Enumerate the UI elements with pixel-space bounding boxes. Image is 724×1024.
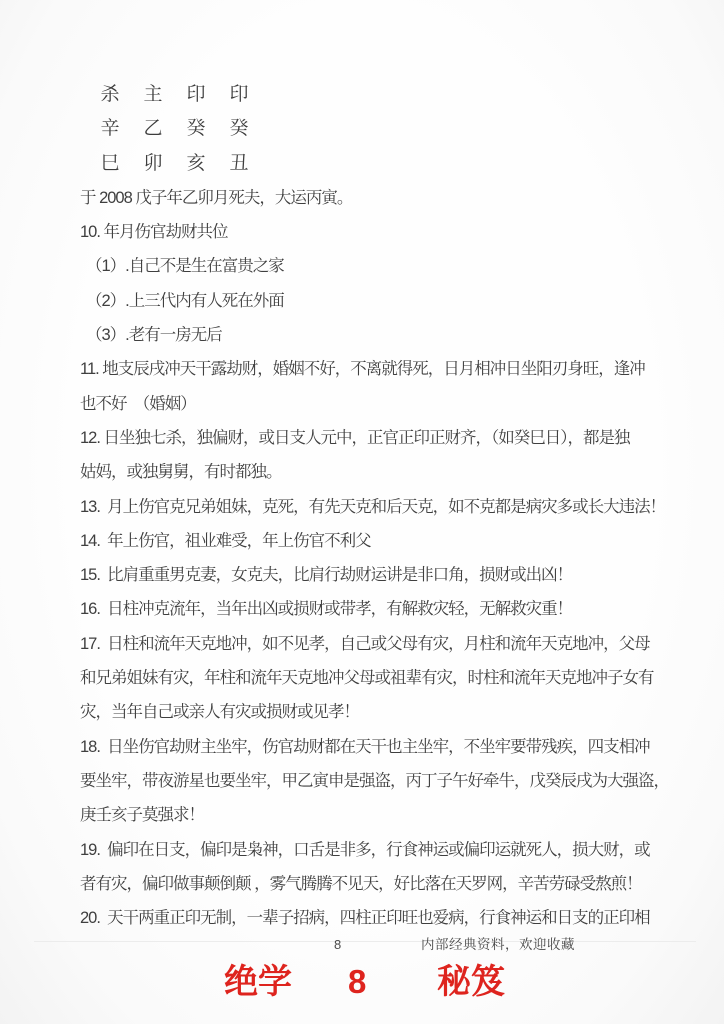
- text-line: 11. 地支辰戌冲天干露劫财，婚姻不好，不离就得死，日月相冲日坐阳刃身旺，逢冲: [80, 352, 686, 386]
- text-line: 要坐牢，带夜游星也要坐牢，甲乙寅申是强盗，丙丁子午好牵牛，戊癸辰戌为大强盗，: [80, 764, 686, 798]
- text-line: 10. 年月伤官劫财共位: [80, 215, 686, 249]
- pillar-cell: 乙: [143, 112, 163, 146]
- text-line: 14. 年上伤官，祖业难受，年上伤官不利父: [80, 524, 686, 558]
- text-line: （1）.自己不是生在富贵之家: [80, 249, 686, 283]
- text-line: 灾，当年自己或亲人有灾或损财或见孝！: [80, 695, 686, 729]
- page-content: 杀 主 印 印 辛 乙 癸 癸 巳 卯 亥 丑 于 2008 戊子年乙卯月死夫，…: [80, 78, 686, 935]
- pillar-row-stems: 辛 乙 癸 癸: [80, 112, 686, 146]
- text-line: 20. 天干两重正印无制，一辈子招病，四柱正印旺也爱病，行食神运和日支的正印相: [80, 901, 686, 935]
- text-line: 13. 月上伤官克兄弟姐妹，克死，有先天克和后天克，如不克都是病灾多或长大违法！: [80, 490, 686, 524]
- pillar-cell: 印: [186, 78, 206, 112]
- text-line: （2）.上三代内有人死在外面: [80, 284, 686, 318]
- pillar-cell: 印: [229, 78, 249, 112]
- text-line: 庚壬亥子莫强求！: [80, 798, 686, 832]
- footer-note: 内部经典资料，欢迎收藏: [421, 936, 575, 953]
- footer-divider: [34, 941, 696, 942]
- text-line: 12. 日坐独七杀，独偏财，或日支人元中，正官正印正财齐，（如癸巳日），都是独: [80, 421, 686, 455]
- text-line: 者有灾，偏印做事颠倒颠 ，雾气腾腾不见天，好比落在天罗网，辛苦劳碌受熬煎！: [80, 867, 686, 901]
- text-line: 也不好 （婚姻）: [80, 387, 686, 421]
- text-line: 19. 偏印在日支，偏印是枭神，口舌是非多，行食神运或偏印运就死人，损大财，或: [80, 833, 686, 867]
- bazi-pillar-table: 杀 主 印 印 辛 乙 癸 癸 巳 卯 亥 丑: [80, 78, 686, 181]
- text-line: 18. 日坐伤官劫财主坐牢，伤官劫财都在天干也主坐牢，不坐牢要带残疾，四支相冲: [80, 730, 686, 764]
- text-line: 15. 比肩重重男克妻，女克夫，比肩行劫财运讲是非口角，损财或出凶！: [80, 558, 686, 592]
- text-line: 姑妈，或独舅舅，有时都独。: [80, 455, 686, 489]
- pillar-row-gods: 杀 主 印 印: [80, 78, 686, 112]
- pillar-cell: 丑: [229, 147, 249, 181]
- pillar-cell: 辛: [100, 112, 120, 146]
- watermark-number: 8: [348, 962, 366, 1002]
- pillar-cell: 癸: [186, 112, 206, 146]
- pillar-cell: 主: [143, 78, 163, 112]
- watermark-right: 秘笈: [437, 962, 505, 1002]
- page-number: 8: [334, 936, 341, 953]
- text-line: 17. 日柱和流年天克地冲，如不见孝，自己或父母有灾，月柱和流年天克地冲，父母: [80, 627, 686, 661]
- document-page: 杀 主 印 印 辛 乙 癸 癸 巳 卯 亥 丑 于 2008 戊子年乙卯月死夫，…: [0, 0, 724, 1024]
- pillar-row-branches: 巳 卯 亥 丑: [80, 147, 686, 181]
- pillar-cell: 亥: [186, 147, 206, 181]
- pillar-cell: 杀: [100, 78, 120, 112]
- text-line: 和兄弟姐妹有灾，年柱和流年天克地冲父母或祖辈有灾，时柱和流年天克地冲子女有: [80, 661, 686, 695]
- pillar-cell: 癸: [229, 112, 249, 146]
- text-line: 16. 日柱冲克流年，当年出凶或损财或带孝，有解救灾轻，无解救灾重！: [80, 592, 686, 626]
- pillar-cell: 巳: [100, 147, 120, 181]
- pillar-cell: 卯: [143, 147, 163, 181]
- text-line: （3）.老有一房无后: [80, 318, 686, 352]
- watermark-left: 绝学: [224, 962, 292, 1002]
- text-line: 于 2008 戊子年乙卯月死夫，大运丙寅。: [80, 181, 686, 215]
- body-text: 于 2008 戊子年乙卯月死夫，大运丙寅。 10. 年月伤官劫财共位 （1）.自…: [80, 181, 686, 936]
